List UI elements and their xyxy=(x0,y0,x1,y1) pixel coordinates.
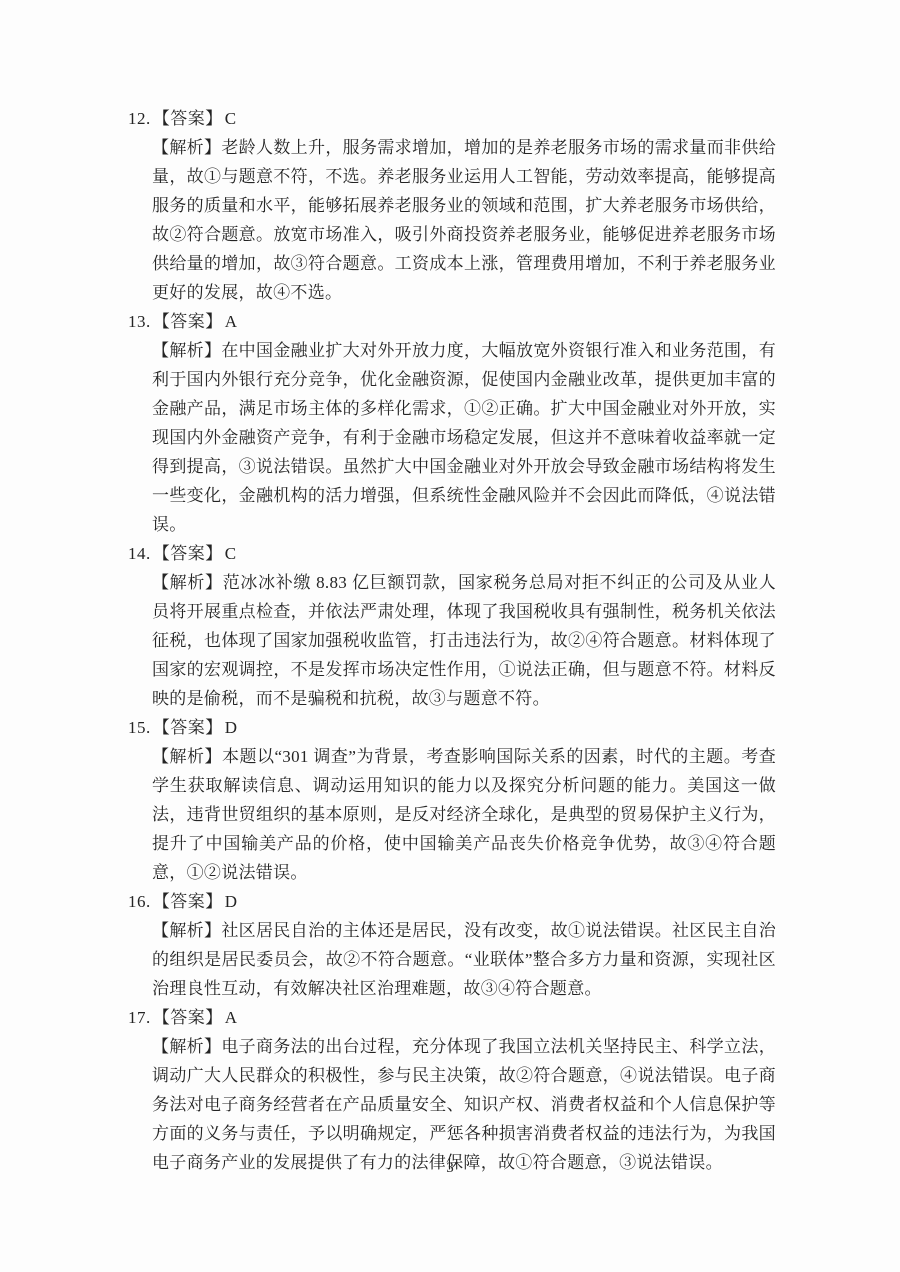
analysis-label: 【解析】 xyxy=(152,921,221,940)
document-page: 12.【答案】C 【解析】老龄人数上升，服务需求增加，增加的是养老服务市场的需求… xyxy=(0,0,900,1272)
analysis-label: 【解析】 xyxy=(152,341,221,360)
answer-label: 【答案】 xyxy=(153,109,223,128)
analysis-paragraph: 【解析】范冰冰补缴 8.83 亿巨额罚款，国家税务总局对拒不纠正的公司及从业人员… xyxy=(152,568,776,713)
analysis-text: 老龄人数上升，服务需求增加，增加的是养老服务市场的需求量而非供给量，故①与题意不… xyxy=(152,138,776,302)
answer-item-13: 13.【答案】A 【解析】在中国金融业扩大对外开放力度，大幅放宽外资银行准入和业… xyxy=(128,307,776,539)
answer-label: 【答案】 xyxy=(153,544,223,563)
question-number: 12. xyxy=(128,104,151,133)
analysis-text: 在中国金融业扩大对外开放力度，大幅放宽外资银行准入和业务范围，有利于国内外银行充… xyxy=(152,341,776,534)
analysis-paragraph: 【解析】在中国金融业扩大对外开放力度，大幅放宽外资银行准入和业务范围，有利于国内… xyxy=(152,336,776,539)
answer-line: 17.【答案】A xyxy=(128,1003,776,1032)
analysis-label: 【解析】 xyxy=(152,747,222,766)
answer-key-list: 12.【答案】C 【解析】老龄人数上升，服务需求增加，增加的是养老服务市场的需求… xyxy=(128,104,776,1177)
analysis-label: 【解析】 xyxy=(152,1037,221,1056)
answer-label: 【答案】 xyxy=(153,718,223,737)
analysis-text: 电子商务法的出台过程，充分体现了我国立法机关坚持民主、科学立法，调动广大人民群众… xyxy=(152,1037,776,1172)
answer-label: 【答案】 xyxy=(153,892,223,911)
answer-value: D xyxy=(225,713,238,742)
analysis-paragraph: 【解析】老龄人数上升，服务需求增加，增加的是养老服务市场的需求量而非供给量，故①… xyxy=(152,133,776,307)
answer-line: 14.【答案】C xyxy=(128,539,776,568)
answer-line: 16.【答案】D xyxy=(128,887,776,916)
question-number: 17. xyxy=(128,1003,151,1032)
answer-item-14: 14.【答案】C 【解析】范冰冰补缴 8.83 亿巨额罚款，国家税务总局对拒不纠… xyxy=(128,539,776,713)
question-number: 15. xyxy=(128,713,151,742)
answer-value: C xyxy=(225,104,237,133)
question-number: 16. xyxy=(128,887,151,916)
answer-label: 【答案】 xyxy=(153,1008,223,1027)
answer-line: 12.【答案】C xyxy=(128,104,776,133)
page-number: 3 xyxy=(0,1160,900,1177)
answer-item-17: 17.【答案】A 【解析】电子商务法的出台过程，充分体现了我国立法机关坚持民主、… xyxy=(128,1003,776,1177)
analysis-text: 本题以“301 调查”为背景，考查影响国际关系的因素，时代的主题。考查学生获取解… xyxy=(152,747,776,882)
analysis-label: 【解析】 xyxy=(152,138,221,157)
analysis-paragraph: 【解析】电子商务法的出台过程，充分体现了我国立法机关坚持民主、科学立法，调动广大… xyxy=(152,1032,776,1177)
answer-line: 13.【答案】A xyxy=(128,307,776,336)
answer-value: A xyxy=(225,307,238,336)
answer-item-16: 16.【答案】D 【解析】社区居民自治的主体还是居民，没有改变，故①说法错误。社… xyxy=(128,887,776,1003)
answer-value: A xyxy=(225,1003,238,1032)
answer-item-12: 12.【答案】C 【解析】老龄人数上升，服务需求增加，增加的是养老服务市场的需求… xyxy=(128,104,776,307)
answer-line: 15.【答案】D xyxy=(128,713,776,742)
analysis-paragraph: 【解析】社区居民自治的主体还是居民，没有改变，故①说法错误。社区民主自治的组织是… xyxy=(152,916,776,1003)
answer-item-15: 15.【答案】D 【解析】本题以“301 调查”为背景，考查影响国际关系的因素，… xyxy=(128,713,776,887)
answer-value: D xyxy=(225,887,238,916)
analysis-label: 【解析】 xyxy=(152,573,223,592)
analysis-text: 范冰冰补缴 8.83 亿巨额罚款，国家税务总局对拒不纠正的公司及从业人员将开展重… xyxy=(152,573,776,708)
answer-value: C xyxy=(225,539,237,568)
answer-label: 【答案】 xyxy=(153,312,223,331)
question-number: 14. xyxy=(128,539,151,568)
analysis-paragraph: 【解析】本题以“301 调查”为背景，考查影响国际关系的因素，时代的主题。考查学… xyxy=(152,742,776,887)
analysis-text: 社区居民自治的主体还是居民，没有改变，故①说法错误。社区民主自治的组织是居民委员… xyxy=(152,921,776,998)
question-number: 13. xyxy=(128,307,151,336)
